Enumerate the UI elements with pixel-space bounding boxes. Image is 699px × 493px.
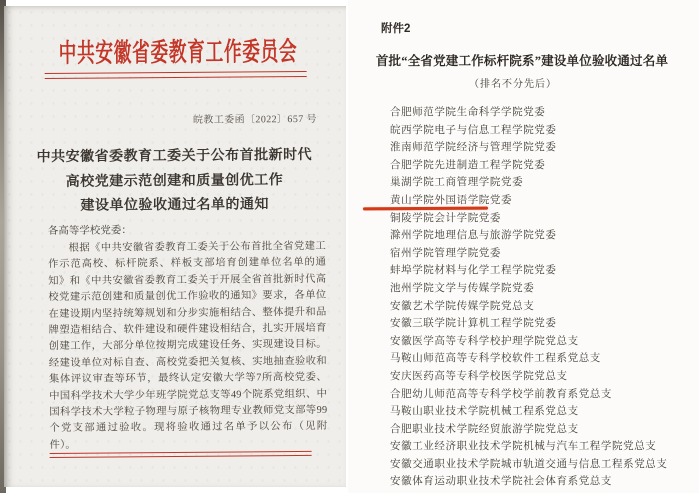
list-item-label: 宿州学院管理学院党委 xyxy=(390,248,501,259)
list-item-label: 安徽艺术学院传媒学院党总支 xyxy=(390,301,534,312)
approved-units-list: 合肥师范学院生命科学学院党委 皖西学院电子与信息工程学院党委 淮南师范学院经济与… xyxy=(390,104,668,491)
list-item-label: 巢湖学院工商管理学院党委 xyxy=(390,177,523,188)
list-item-label: 合肥幼儿师范高等专科学校学前教育系党总支 xyxy=(390,389,612,400)
list-item: 蚌埠学院材料与化学工程学院党委 xyxy=(390,262,668,280)
list-item-label: 安徽医学高等专科学校护理学院党总支 xyxy=(390,336,579,347)
notice-page: 中共安徽省委教育工作委员会 皖教工委函〔2022〕657 号 中共安徽省委教育工… xyxy=(4,6,346,487)
list-item: 马鞍山师范高等专科学校软件工程系党总支 xyxy=(390,350,668,368)
list-item: 黄山学院外国语学院党委 xyxy=(390,192,668,210)
list-item: 铜陵学院会计学院党委 xyxy=(390,210,668,228)
footer-double-rule xyxy=(50,451,312,458)
notice-title-line-1: 中共安徽省委教育工委关于公布首批新时代 xyxy=(3,144,345,171)
list-item: 淮南师范学院经济与管理学院党委 xyxy=(390,139,668,157)
notice-title-line-2: 高校党建示范创建和质量创优工作 xyxy=(3,168,345,195)
document-number: 皖教工委函〔2022〕657 号 xyxy=(193,110,317,126)
list-item-label: 合肥师范学院生命科学学院党委 xyxy=(390,107,545,118)
list-item: 宿州学院管理学院党委 xyxy=(390,245,668,263)
list-item-label: 马鞍山职业技术学院机械工程系党总支 xyxy=(390,406,579,417)
list-item-label: 安庆医药高等专科学校医学院党总支 xyxy=(390,371,568,382)
list-item: 安徽工业经济职业技术学院机械与汽车工程学院党总支 xyxy=(390,438,668,456)
list-item: 皖西学院电子与信息工程学院党委 xyxy=(390,122,668,140)
list-item-label: 安徽工业经济职业技术学院机械与汽车工程学院党总支 xyxy=(390,441,656,452)
attachment-page: 附件2 首批“全省党建工作标杆院系”建设单位验收通过名单 （排名不分先后） 合肥… xyxy=(348,0,699,493)
list-item: 合肥师范学院生命科学学院党委 xyxy=(390,104,668,122)
list-item-label: 滁州学院地理信息与旅游学院党委 xyxy=(390,230,557,241)
list-item: 合肥幼儿师范高等专科学校学前教育系党总支 xyxy=(390,386,668,404)
list-item: 安徽三联学院计算机工程学院党委 xyxy=(390,315,668,333)
list-item: 安徽艺术学院传媒学院党总支 xyxy=(390,298,668,316)
list-item-label: 安徽体育运动职业技术学院社会体育系党总支 xyxy=(390,476,612,487)
scanned-document-view: 中共安徽省委教育工作委员会 皖教工委函〔2022〕657 号 中共安徽省委教育工… xyxy=(0,0,699,493)
list-item: 安徽医学高等专科学校护理学院党总支 xyxy=(390,333,668,351)
list-item: 池州学院文学与传媒学院党委 xyxy=(390,280,668,298)
list-item: 安徽体育运动职业技术学院社会体育系党总支 xyxy=(390,473,668,491)
list-item-label: 安徽交通职业技术学院城市轨道交通与信息工程系党总支 xyxy=(390,459,668,470)
list-item-label: 合肥学院先进制造工程学院党委 xyxy=(390,160,545,171)
list-item: 巢湖学院工商管理学院党委 xyxy=(390,174,668,192)
list-item: 安徽交通职业技术学院城市轨道交通与信息工程系党总支 xyxy=(390,456,668,474)
list-item-label: 池州学院文学与传媒学院党委 xyxy=(390,283,534,294)
letterhead-double-rule xyxy=(45,71,307,79)
list-item: 马鞍山职业技术学院机械工程系党总支 xyxy=(390,403,668,421)
salutation: 各高等学校党委： xyxy=(48,222,132,238)
list-item: 滁州学院地理信息与旅游学院党委 xyxy=(390,227,668,245)
letterhead-title: 中共安徽省委教育工作委员会 xyxy=(58,31,297,70)
list-item-label: 淮南师范学院经济与管理学院党委 xyxy=(390,142,557,153)
notice-title-line-3: 建设单位验收通过名单的通知 xyxy=(4,193,346,220)
list-item-label: 蚌埠学院材料与化学工程学院党委 xyxy=(390,265,557,276)
letterhead-wrap: 中共安徽省委教育工作委员会 xyxy=(2,31,344,71)
list-item-label: 马鞍山师范高等专科学校软件工程系党总支 xyxy=(390,353,601,364)
list-item: 安庆医药高等专科学校医学院党总支 xyxy=(390,368,668,386)
list-item-label: 黄山学院外国语学院党委 xyxy=(390,195,512,206)
list-item-label: 皖西学院电子与信息工程学院党委 xyxy=(390,125,557,136)
list-item-label: 合肥职业技术学院经贸旅游学院党总支 xyxy=(390,424,579,435)
notice-body-paragraph: 根据《中共安徽省委教育工委关于公布首批全省党建工作示范高校、标杆院系、样板支部培… xyxy=(48,239,328,454)
list-item-label: 安徽三联学院计算机工程学院党委 xyxy=(390,318,557,329)
attachment-subtitle: （排名不分先后） xyxy=(348,75,678,90)
list-item-label: 铜陵学院会计学院党委 xyxy=(390,213,501,224)
list-item: 合肥职业技术学院经贸旅游学院党总支 xyxy=(390,421,668,439)
notice-title: 中共安徽省委教育工委关于公布首批新时代 高校党建示范创建和质量创优工作 建设单位… xyxy=(3,144,346,220)
attachment-title: 首批“全省党建工作标杆院系”建设单位验收通过名单 xyxy=(348,51,696,69)
attachment-label: 附件2 xyxy=(381,20,410,36)
list-item: 合肥学院先进制造工程学院党委 xyxy=(390,157,668,175)
notice-page-content: 中共安徽省委教育工作委员会 皖教工委函〔2022〕657 号 中共安徽省委教育工… xyxy=(2,5,348,489)
